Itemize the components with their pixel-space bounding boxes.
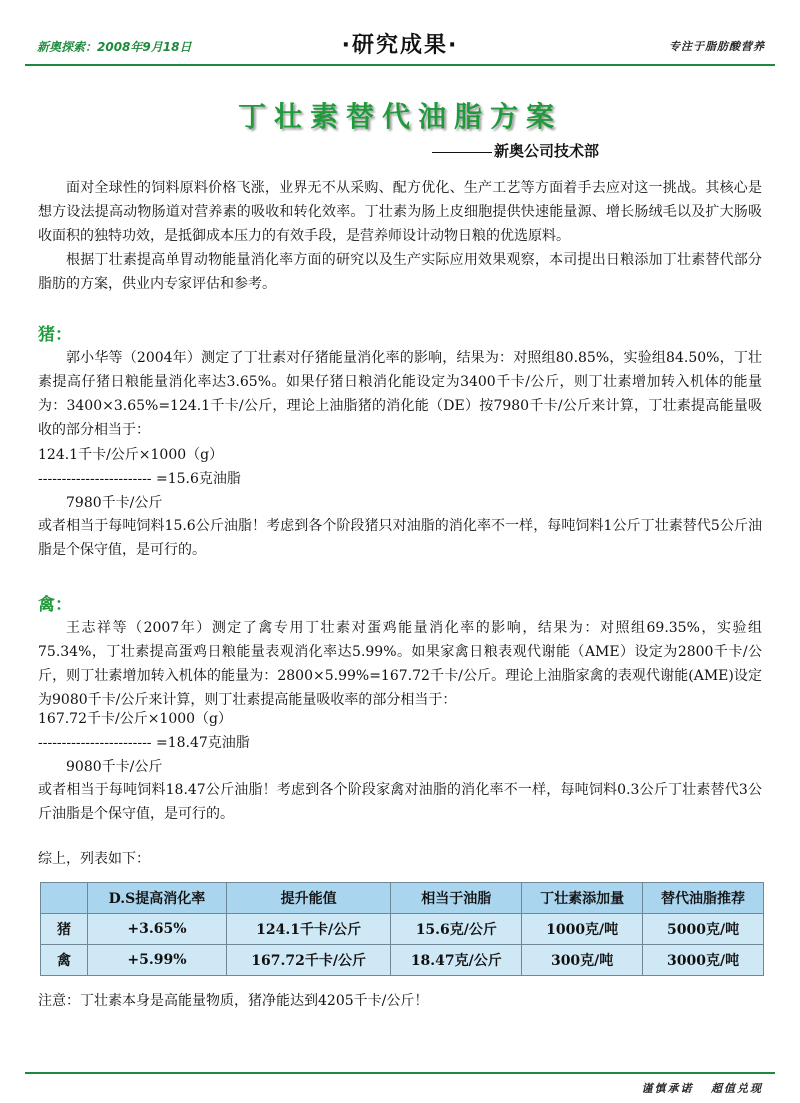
intro-paragraph-1: 面对全球性的饲料原料价格飞涨，业界无不从采购、配方优化、生产工艺等方面着手去应对…	[38, 176, 762, 248]
table-header-cell	[41, 883, 88, 914]
table-header-row: D.S提高消化率 提升能值 相当于油脂 丁壮素添加量 替代油脂推荐	[41, 883, 764, 914]
table-row-label: 猪	[41, 914, 88, 945]
article-title: 丁壮素替代油脂方案	[0, 95, 800, 135]
byline-text: 新奥公司技术部	[494, 142, 599, 160]
page-header: 新奥探索：2008年9月18日 ·研究成果· 专注于脂肪酸营养	[25, 28, 775, 66]
pig-conclusion: 或者相当于每吨饲料15.6公斤油脂！考虑到各个阶段猪只对油脂的消化率不一样，每吨…	[38, 514, 762, 562]
poultry-formula-numerator: 167.72千卡/公斤×1000（g）	[38, 708, 232, 730]
table-header-cell: 提升能值	[226, 883, 391, 914]
poultry-formula-divider: ------------------------ =18.47克油脂	[38, 732, 250, 754]
table-cell: 15.6克/公斤	[391, 914, 522, 945]
footer-slogan: 谨慎承诺 超值兑现	[642, 1080, 764, 1096]
article-byline: 新奥公司技术部	[432, 140, 599, 161]
table-cell: 167.72千卡/公斤	[226, 945, 391, 976]
pig-formula-divider: ------------------------ =15.6克油脂	[38, 468, 241, 490]
intro-paragraph-2: 根据丁壮素提高单胃动物能量消化率方面的研究以及生产实际应用效果观察，本司提出日粮…	[38, 248, 762, 296]
table-cell: 5000克/吨	[643, 914, 764, 945]
table-row: 禽 +5.99% 167.72千卡/公斤 18.47克/公斤 300克/吨 30…	[41, 945, 764, 976]
table-cell: 124.1千卡/公斤	[226, 914, 391, 945]
header-slogan: 专注于脂肪酸营养	[669, 38, 765, 54]
pig-formula-numerator: 124.1千卡/公斤×1000（g）	[38, 444, 223, 466]
table-row: 猪 +3.65% 124.1千卡/公斤 15.6克/公斤 1000克/吨 500…	[41, 914, 764, 945]
pig-paragraph: 郭小华等（2004年）测定了丁壮素对仔猪能量消化率的影响，结果为：对照组80.8…	[38, 346, 762, 442]
table-header-cell: 丁壮素添加量	[522, 883, 643, 914]
table-cell: 1000克/吨	[522, 914, 643, 945]
table-cell: 3000克/吨	[643, 945, 764, 976]
section-title: ·研究成果·	[25, 28, 775, 59]
summary-intro: 综上，列表如下：	[38, 848, 150, 870]
poultry-formula-denominator: 9080千卡/公斤	[66, 756, 162, 778]
table-cell: +5.99%	[88, 945, 227, 976]
byline-dash	[432, 152, 492, 153]
poultry-conclusion: 或者相当于每吨饲料18.47公斤油脂！考虑到各个阶段家禽对油脂的消化率不一样，每…	[38, 778, 762, 826]
table-header-cell: 相当于油脂	[391, 883, 522, 914]
table-header-cell: 替代油脂推荐	[643, 883, 764, 914]
table-row-label: 禽	[41, 945, 88, 976]
table-cell: 18.47克/公斤	[391, 945, 522, 976]
summary-table: D.S提高消化率 提升能值 相当于油脂 丁壮素添加量 替代油脂推荐 猪 +3.6…	[40, 882, 764, 976]
pig-section-heading: 猪：	[38, 320, 72, 345]
table-cell: 300克/吨	[522, 945, 643, 976]
poultry-section-heading: 禽：	[38, 590, 72, 615]
table-header-cell: D.S提高消化率	[88, 883, 227, 914]
poultry-paragraph: 王志祥等（2007年）测定了禽专用丁壮素对蛋鸡能量消化率的影响，结果为：对照组6…	[38, 616, 762, 712]
page-footer: 谨慎承诺 超值兑现	[25, 1072, 775, 1074]
summary-note: 注意：丁壮素本身是高能量物质，猪净能达到4205千卡/公斤！	[38, 990, 428, 1012]
table-cell: +3.65%	[88, 914, 227, 945]
pig-formula-denominator: 7980千卡/公斤	[66, 492, 162, 514]
